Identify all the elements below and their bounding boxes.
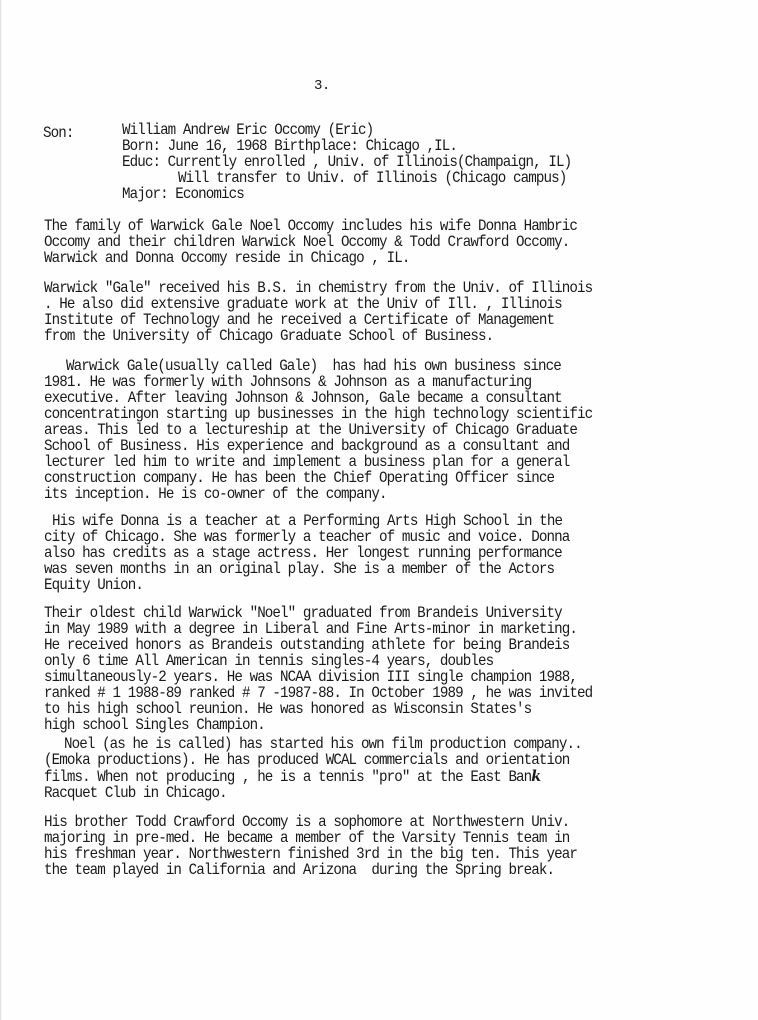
- text-line: was seven months in an original play. Sh…: [44, 561, 744, 578]
- text-line: Warwick Gale(usually called Gale) has ha…: [44, 358, 744, 375]
- text-line: Warwick "Gale" received his B.S. in chem…: [44, 280, 744, 297]
- text-line: to his high school reunion. He was honor…: [44, 701, 744, 718]
- text-line: concentratingon starting up businesses i…: [44, 406, 744, 423]
- text-line: Occomy and their children Warwick Noel O…: [44, 234, 744, 251]
- handwritten-correction: k: [531, 768, 540, 785]
- paragraph-gale-education: Warwick "Gale" received his B.S. in chem…: [44, 280, 744, 344]
- text-line: majoring in pre-med. He became a member …: [44, 830, 744, 847]
- text-line: School of Business. His experience and b…: [44, 438, 744, 455]
- text-line: simultaneously-2 years. He was NCAA divi…: [44, 669, 744, 686]
- son-major: Major: Economics: [122, 186, 571, 203]
- text-line: (Emoka productions). He has produced WCA…: [44, 752, 744, 769]
- paragraph-noel: Their oldest child Warwick "Noel" gradua…: [44, 605, 744, 733]
- text-line: . He also did extensive graduate work at…: [44, 296, 744, 313]
- text-line: its inception. He is co-owner of the com…: [44, 486, 744, 503]
- text-line: in May 1989 with a degree in Liberal and…: [44, 621, 744, 638]
- son-details: William Andrew Eric Occomy (Eric) Born: …: [122, 122, 571, 202]
- text-line: 1981. He was formerly with Johnsons & Jo…: [44, 374, 744, 391]
- text-line: Noel (as he is called) has started his o…: [44, 736, 744, 753]
- text-line: also has credits as a stage actress. Her…: [44, 545, 744, 562]
- text-line-with-correction: films. When not producing , he is a tenn…: [44, 768, 744, 786]
- text-line: Racquet Club in Chicago.: [44, 785, 744, 802]
- text-line: only 6 time All American in tennis singl…: [44, 653, 744, 670]
- son-born: Born: June 16, 1968 Birthplace: Chicago …: [122, 138, 571, 155]
- text-line: from the University of Chicago Graduate …: [44, 328, 744, 345]
- text-line: His wife Donna is a teacher at a Perform…: [44, 513, 744, 530]
- text-line: Their oldest child Warwick "Noel" gradua…: [44, 605, 744, 622]
- text-line: He received honors as Brandeis outstandi…: [44, 637, 744, 654]
- paragraph-gale-business: Warwick Gale(usually called Gale) has ha…: [44, 358, 744, 502]
- text-line: lecturer led him to write and implement …: [44, 454, 744, 471]
- text-line: areas. This led to a lectureship at the …: [44, 422, 744, 439]
- text-line: ranked # 1 1988-89 ranked # 7 -1987-88. …: [44, 685, 744, 702]
- text-line: the team played in California and Arizon…: [44, 862, 744, 879]
- text-line: Institute of Technology and he received …: [44, 312, 744, 329]
- text-line: high school Singles Champion.: [44, 717, 744, 734]
- text-line: executive. After leaving Johnson & Johns…: [44, 390, 744, 407]
- text-line: city of Chicago. She was formerly a teac…: [44, 529, 744, 546]
- page-number: 3.: [314, 78, 330, 94]
- text-line: Equity Union.: [44, 577, 744, 594]
- son-label: Son:: [43, 125, 73, 142]
- text-line: His brother Todd Crawford Occomy is a so…: [44, 814, 744, 831]
- text-line: construction company. He has been the Ch…: [44, 470, 744, 487]
- text-line: his freshman year. Northwestern finished…: [44, 846, 744, 863]
- paragraph-todd: His brother Todd Crawford Occomy is a so…: [44, 814, 744, 878]
- text-line: films. When not producing , he is a tenn…: [44, 769, 531, 786]
- paragraph-family: The family of Warwick Gale Noel Occomy i…: [44, 218, 744, 266]
- document-page: 3. Son: William Andrew Eric Occomy (Eric…: [0, 0, 758, 1020]
- paragraph-noel-production: Noel (as he is called) has started his o…: [44, 736, 744, 801]
- text-line: Warwick and Donna Occomy reside in Chica…: [44, 250, 744, 267]
- son-education: Educ: Currently enrolled , Univ. of Illi…: [122, 154, 571, 171]
- son-name: William Andrew Eric Occomy (Eric): [122, 122, 571, 139]
- paragraph-donna: His wife Donna is a teacher at a Perform…: [44, 513, 744, 593]
- son-education-transfer: Will transfer to Univ. of Illinois (Chic…: [122, 170, 571, 187]
- scan-edge: [0, 0, 2, 1020]
- text-line: The family of Warwick Gale Noel Occomy i…: [44, 218, 744, 235]
